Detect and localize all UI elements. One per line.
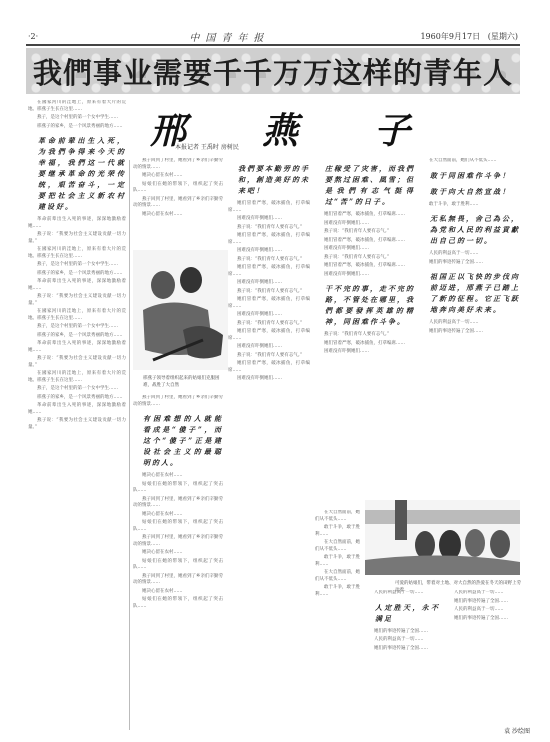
group-illustration-icon: [365, 500, 520, 575]
paragraph: 困难没有吓倒她们……: [315, 246, 415, 253]
section-heading: 无私無畏，舍己為公，為党和人民的利益貢獻出自己的一切。: [430, 213, 520, 246]
paragraph: 姑娘们在她的带领下，组织起了突击队……: [133, 559, 223, 572]
paragraph: 在大自然面前，她们从不低头……: [420, 158, 520, 165]
paragraph: 燕子，是这个村里的第一个女中学生……: [28, 115, 126, 122]
page-headline: 我們事业需要千千万万这样的青年人: [33, 51, 513, 92]
paragraph: 她们冒着严寒，破冰捕鱼，打草编席……: [315, 263, 415, 270]
paragraph: 她们冒着严寒，破冰捕鱼，打草编席……: [228, 265, 310, 278]
paragraph: 敢于斗争，敢于胜利……: [315, 555, 360, 568]
illustrator-signature: 袁 沙绘图: [504, 726, 530, 735]
paragraph: 燕子说：“我要为社会主义建设贡献一切力量。”: [28, 356, 126, 369]
paragraph: 燕子说：“我们青年人要有志气。”: [228, 257, 310, 264]
paragraph: 燕子说：“我们青年人要有志气。”: [228, 289, 310, 296]
article-column-3: 我們要本勤劳的手和，創造美好的未来吧！ 她们冒着严寒，破冰捕鱼，打草编席…… 困…: [228, 158, 310, 730]
paragraph: 人民的利益高于一切……: [445, 590, 520, 597]
section-heading: 我們要本勤劳的手和，創造美好的未来吧！: [238, 163, 310, 196]
illustration-girls-resting: [365, 500, 520, 575]
paragraph: 燕子说：“我们青年人要有志气。”: [315, 255, 415, 262]
paragraph: 她决心留在农村……: [133, 173, 223, 180]
paragraph: 她们的事迹传遍了全国……: [445, 599, 520, 606]
paragraph: 革命前辈出生入死的事迹，深深地激励着她……: [28, 217, 126, 230]
paragraph: 邢燕子的家乡，是一个风景秀丽的地方……: [28, 124, 126, 131]
paragraph: 人民的利益高于一切……: [420, 251, 520, 258]
paragraph: 她们的事迹传遍了全国……: [420, 329, 520, 336]
article-column-7: 人民的利益高于一切…… 她们的事迹传遍了全国…… 人民的利益高于一切…… 她们的…: [445, 590, 520, 715]
page-number: ·2·: [28, 32, 38, 41]
paragraph: 姑娘们在她的带领下，组织起了突击队……: [133, 597, 223, 610]
figures-illustration-icon: [133, 250, 228, 370]
paragraph: 邢燕子的家乡，是一个风景秀丽的地方……: [28, 395, 126, 402]
paragraph: 燕子说：“我们青年人要有志气。”: [315, 229, 415, 236]
masthead: ·2· 中国青年报 1960年9月17日 (星期六): [28, 30, 518, 42]
paragraph: 人民的利益高于一切……: [445, 607, 520, 614]
paragraph: 她们的事迹传遍了全国……: [445, 616, 520, 623]
paragraph: 困难没有吓倒她们……: [228, 280, 310, 287]
title-char-3: 子: [374, 103, 410, 154]
section-heading: 敢于向大自然宣战！: [430, 186, 520, 197]
paragraph: 她们冒着严寒，破冰捕鱼，打草编席……: [228, 201, 310, 214]
paragraph: 燕子回到了村里，她看到了乡亲们辛勤劳动的情景……: [133, 535, 223, 548]
paragraph: 困难没有吓倒她们……: [228, 344, 310, 351]
paragraph: 姑娘们在她的带领下，组织起了突击队……: [133, 482, 223, 495]
section-heading: 人定胜天，永不满足: [375, 602, 440, 624]
paragraph: 燕子回到了村里，她看到了乡亲们辛勤劳动的情景……: [133, 574, 223, 587]
illustration-caption: 邢燕子领导着组织起来的姑娘们克服困难，战胜了大自然: [143, 375, 223, 389]
paragraph: 邢燕子的家乡，是一个风景秀丽的地方……: [28, 271, 126, 278]
paragraph: 她们冒着严寒，破冰捕鱼，打草编席……: [315, 341, 415, 348]
paragraph: 燕子说：“我要为社会主义建设贡献一切力量。”: [28, 294, 126, 307]
section-heading: 庄稼受了灾害，而我們要熬过困难、風雪；但是我們有志气挺得过“苦”的日子。: [325, 163, 415, 207]
paragraph: 人民的利益高于一切……: [420, 320, 520, 327]
paragraph: 革命前辈出生入死的事迹，深深地激励着她……: [28, 403, 126, 416]
paragraph: 困难没有吓倒她们……: [315, 272, 415, 279]
paragraph: 人民的利益高于一切……: [365, 637, 440, 644]
paragraph: 在大自然面前，她们从不低头……: [315, 540, 360, 553]
paragraph: 她们冒着严寒，破冰捕鱼，打草编席……: [228, 329, 310, 342]
paragraph: 她决心留在农村……: [133, 589, 223, 596]
section-heading: 敢于同困难作斗争！: [430, 170, 520, 181]
section-heading: 祖国正以飞快的步伐向前迈进，邢燕子已踏上了新的征程。它正飞跃地奔向美好未来。: [430, 271, 520, 315]
paragraph: 困难没有吓倒她们……: [228, 248, 310, 255]
paragraph: 在國家河川的洼地上，原来有着大片的荒地。邢燕子生长在这里……: [28, 247, 126, 260]
title-char-2: 燕: [262, 103, 298, 154]
paragraph: 燕子说：“我们青年人要有志气。”: [228, 321, 310, 328]
paragraph: 人民的利益高于一切……: [365, 590, 440, 597]
paragraph: 她决心留在农村……: [133, 212, 223, 219]
paragraph: 她们的事迹传遍了全国……: [420, 260, 520, 267]
article-column-5: 在大自然面前，她们从不低头…… 敢于同困难作斗争！ 敢于向大自然宣战！ 敢于斗争…: [420, 158, 520, 503]
paragraph: 革命前辈出生入死的事迹，深深地激励着她……: [28, 279, 126, 292]
paragraph: 燕子回到了村里，她看到了乡亲们辛勤劳动的情景……: [133, 497, 223, 510]
paragraph: 她决心留在农村……: [133, 550, 223, 557]
article-column-2-bottom: 燕子回到了村里，她看到了乡亲们辛勤劳动的情景…… 有困难想的人就能看成是“傻子”…: [133, 395, 223, 730]
masthead-rule: [26, 44, 520, 46]
section-heading: 革命前辈出生入死，为我們争得来今天的幸福，我們这一代就要继承革命的光荣传统，艰苦…: [38, 135, 126, 212]
paragraph: 她们冒着严寒，破冰捕鱼，打草编席……: [228, 297, 310, 310]
paragraph: 燕子说：“我要为社会主义建设贡献一切力量。”: [28, 418, 126, 431]
paragraph: 燕子，是这个村里的第一个女中学生……: [28, 262, 126, 269]
headline-banner: 我們事业需要千千万万这样的青年人: [26, 48, 520, 94]
byline: 本报记者 王禹时 房树民: [175, 142, 239, 151]
paragraph: 在大自然面前，她们从不低头……: [315, 570, 360, 583]
paragraph: 她决心留在农村……: [133, 473, 223, 480]
paragraph: 她决心留在农村……: [133, 512, 223, 519]
paragraph: 敢于斗争，敢于胜利……: [420, 202, 520, 209]
paragraph: 她们的事迹传遍了全国……: [365, 646, 440, 653]
paragraph: 她们冒着严寒，破冰捕鱼，打草编席……: [315, 212, 415, 219]
paragraph: 在國家河川的洼地上，原来有着大片的荒地。邢燕子生长在这里……: [28, 309, 126, 322]
section-heading: 有困难想的人就能看成是“傻子”，而这个“傻子”正是建设社会主义的最聪明的人。: [143, 413, 223, 468]
article-column-4: 庄稼受了灾害，而我們要熬过困难、風雪；但是我們有志气挺得过“苦”的日子。 她们冒…: [315, 158, 415, 503]
paragraph: 在國家河川的洼地上，原来有着大片的荒地。邢燕子生长在这里……: [28, 100, 126, 113]
issue-date: 1960年9月17日 (星期六): [420, 31, 518, 42]
illustration-girls-working: [133, 250, 228, 370]
paragraph: 在大自然面前，她们从不低头……: [315, 510, 360, 523]
paragraph: 她们冒着严寒，破冰捕鱼，打草编席……: [228, 233, 310, 246]
article-column-8: 在大自然面前，她们从不低头…… 敢于斗争，敢于胜利…… 在大自然面前，她们从不低…: [315, 510, 360, 730]
paragraph: 她们冒着严寒，破冰捕鱼，打草编席……: [315, 238, 415, 245]
paragraph: 她们冒着严寒，破冰捕鱼，打草编席……: [228, 361, 310, 374]
paragraph: 在國家河川的洼地上，原来有着大片的荒地。邢燕子生长在这里……: [28, 371, 126, 384]
paragraph: 燕子说：“我要为社会主义建设贡献一切力量。”: [28, 232, 126, 245]
paragraph: 困难没有吓倒她们……: [228, 216, 310, 223]
paragraph: 燕子说：“我们青年人要有志气。”: [228, 225, 310, 232]
article-column-1: 在國家河川的洼地上，原来有着大片的荒地。邢燕子生长在这里…… 燕子，是这个村里的…: [28, 100, 126, 730]
paragraph: 燕子回到了村里，她看到了乡亲们辛勤劳动的情景……: [133, 395, 223, 408]
paragraph: 姑娘们在她的带领下，组织起了突击队……: [133, 520, 223, 533]
article-column-6: 人民的利益高于一切…… 人定胜天，永不满足 她们的事迹传遍了全国…… 人民的利益…: [365, 590, 440, 730]
article-column-2-top: 燕子回到了村里，她看到了乡亲们辛勤劳动的情景…… 她决心留在农村…… 姑娘们在她…: [133, 158, 223, 248]
paragraph: 燕子，是这个村里的第一个女中学生……: [28, 386, 126, 393]
paragraph: 敢于斗争，敢于胜利……: [315, 585, 360, 598]
paragraph: 困难没有吓倒她们……: [315, 221, 415, 228]
paragraph: 革命前辈出生入死的事迹，深深地激励着她……: [28, 341, 126, 354]
paragraph: 敢于斗争，敢于胜利……: [315, 525, 360, 538]
paragraph: 燕子说：“我们青年人要有志气。”: [228, 353, 310, 360]
paragraph: 燕子回到了村里，她看到了乡亲们辛勤劳动的情景……: [133, 158, 223, 171]
paragraph: 燕子，是这个村里的第一个女中学生……: [28, 324, 126, 331]
paragraph: 困难没有吓倒她们……: [315, 349, 415, 356]
paragraph: 困难没有吓倒她们……: [228, 312, 310, 319]
paragraph: 邢燕子的家乡，是一个风景秀丽的地方……: [28, 333, 126, 340]
column-divider: [129, 160, 130, 730]
section-heading: 干不完的事，走不完的路，不管处在哪里，我們都要發挥英雄的精神，同困难作斗争。: [325, 283, 415, 327]
paragraph: 她们的事迹传遍了全国……: [365, 629, 440, 636]
paragraph: 燕子回到了村里，她看到了乡亲们辛勤劳动的情景……: [133, 197, 223, 210]
paragraph: 困难没有吓倒她们……: [228, 376, 310, 383]
newspaper-name: 中国青年报: [189, 29, 269, 44]
paragraph: 姑娘们在她的带领下，组织起了突击队……: [133, 182, 223, 195]
paragraph: 燕子说：“我们青年人要有志气。”: [315, 332, 415, 339]
